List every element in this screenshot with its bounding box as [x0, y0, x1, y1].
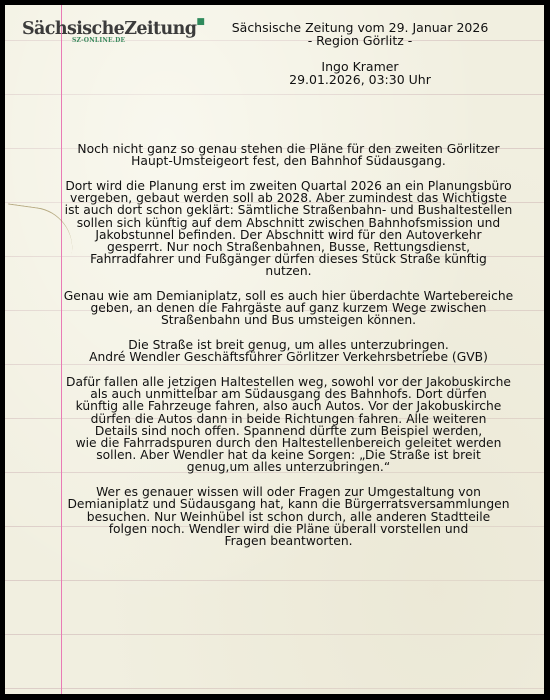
article-paragraph: Dafür fallen alle jetzigen Haltestellen … [60, 376, 517, 474]
article-quote: Die Straße ist breit genug, um alles unt… [60, 339, 517, 363]
article-paragraph: Wer es genauer wissen will oder Fragen z… [60, 486, 517, 547]
publish-datetime: 29.01.2026, 03:30 Uhr [195, 73, 525, 86]
article-header: Sächsische Zeitung vom 29. Januar 2026 -… [195, 21, 525, 86]
article-paragraph: Genau wie am Demianiplatz, soll es auch … [60, 290, 517, 327]
newspaper-logo: SächsischeZeitung■ SZ-ONLINE.DE [22, 19, 182, 44]
article-paragraph: Noch nicht ganz so genau stehen die Plän… [60, 143, 517, 167]
article-body: Noch nicht ganz so genau stehen die Plän… [60, 143, 517, 560]
logo-wordmark: SächsischeZeitung [22, 19, 196, 39]
notebook-paper: SächsischeZeitung■ SZ-ONLINE.DE Sächsisc… [5, 5, 544, 694]
article-paragraph: Dort wird die Planung erst im zweiten Qu… [60, 180, 517, 278]
region-label: - Region Görlitz - [195, 34, 525, 47]
